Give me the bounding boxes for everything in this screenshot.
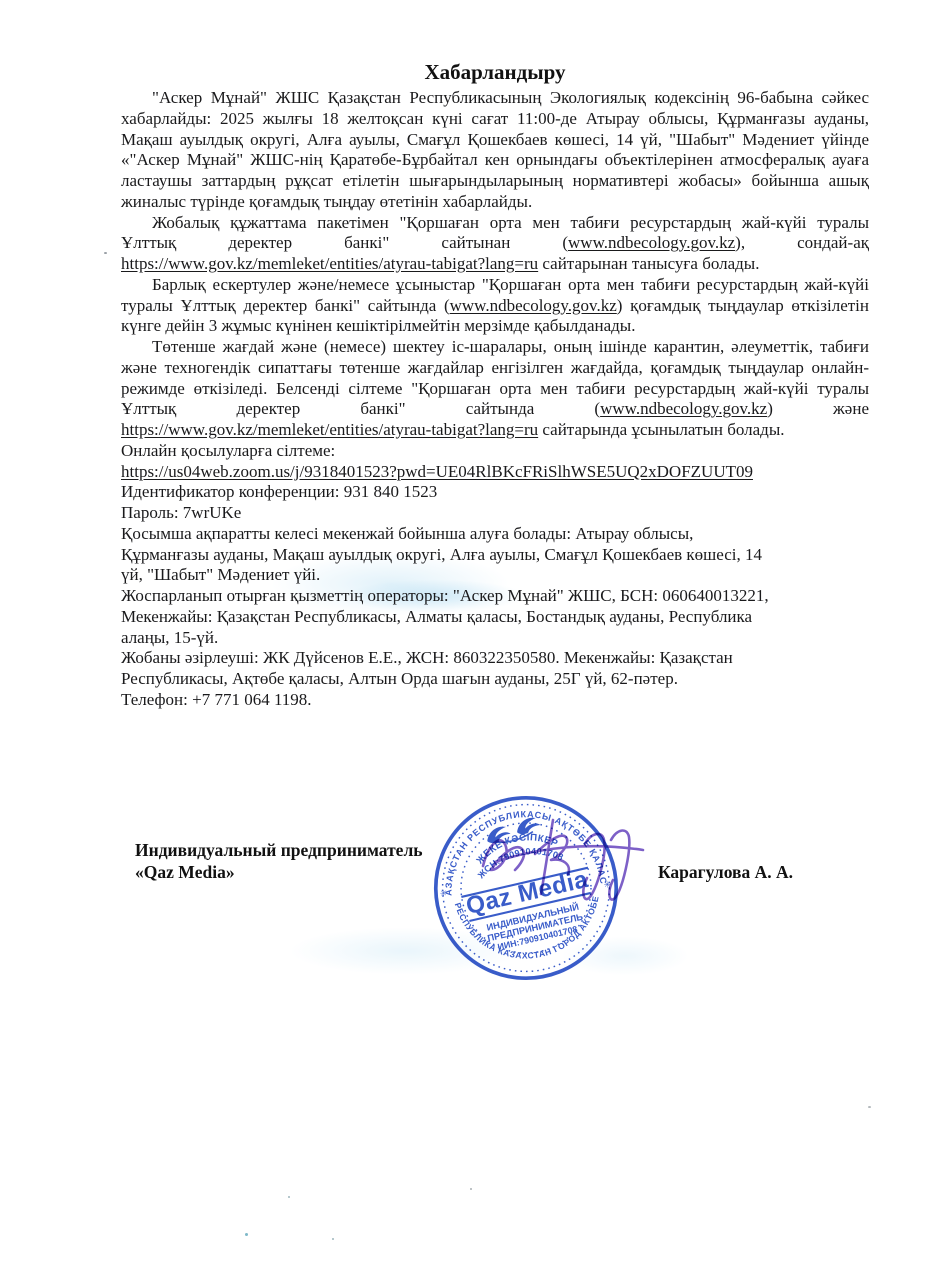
paragraph-6: https://us04web.zoom.us/j/9318401523?pwd… [121, 462, 869, 483]
url-text: www.ndbecology.gov.kz [450, 296, 617, 315]
paragraph-11: үй, "Шабыт" Мәдениет үйі. [121, 565, 869, 586]
paragraph-3: Барлық ескертулер және/немесе ұсыныстар … [121, 275, 869, 337]
text-segment: сайтарынан танысуға болады. [538, 254, 759, 273]
body-paragraphs: "Аскер Мұнай" ЖШС Қазақстан Республикасы… [121, 88, 869, 711]
text-segment: ), сондай-ақ [735, 233, 869, 252]
paragraph-13: Мекенжайы: Қазақстан Республикасы, Алмат… [121, 607, 869, 628]
signatory-title-line1: Индивидуальный предприниматель [135, 840, 423, 862]
text-segment: Қосымша ақпаратты келесі мекенжай бойынш… [121, 524, 693, 543]
signer-name: Карагулова А. А. [658, 862, 793, 884]
scan-speck [332, 1238, 334, 1240]
text-segment: Идентификатор конференции: 931 840 1523 [121, 482, 437, 501]
document-body: Хабарландыру "Аскер Мұнай" ЖШС Қазақстан… [121, 60, 869, 711]
paragraph-14: алаңы, 15-үй. [121, 628, 869, 649]
scan-speck [868, 1106, 871, 1108]
url-text: https://www.gov.kz/memleket/entities/aty… [121, 254, 538, 273]
stamp-star-icon: ✳ [440, 888, 448, 898]
text-segment: Пароль: 7wrUKe [121, 503, 241, 522]
paragraph-12: Жоспарланып отырған қызметтің операторы:… [121, 586, 869, 607]
text-segment: Телефон: +7 771 064 1198. [121, 690, 312, 709]
paragraph-9: Қосымша ақпаратты келесі мекенжай бойынш… [121, 524, 869, 545]
text-segment: Онлайн қосылуларға сілтеме: [121, 441, 335, 460]
paragraph-1: "Аскер Мұнай" ЖШС Қазақстан Республикасы… [121, 88, 869, 213]
text-segment: Республикасы, Ақтөбе қаласы, Алтын Орда … [121, 669, 678, 688]
text-segment: "Аскер Мұнай" ЖШС Қазақстан Республикасы… [121, 88, 869, 211]
url-text: www.ndbecology.gov.kz [600, 399, 767, 418]
paragraph-4: Төтенше жағдай және (немесе) шектеу іс-ш… [121, 337, 869, 441]
handwritten-signature [468, 802, 670, 920]
text-segment: Жобаны әзірлеуші: ЖК Дүйсенов Е.Е., ЖСН:… [121, 648, 733, 667]
page-title: Хабарландыру [121, 60, 869, 85]
paragraph-10: Құрманғазы ауданы, Мақаш ауылдық округі,… [121, 545, 869, 566]
text-segment: ) және [767, 399, 869, 418]
paragraph-17: Телефон: +7 771 064 1198. [121, 690, 869, 711]
scan-speck [470, 1188, 472, 1190]
text-segment: Құрманғазы ауданы, Мақаш ауылдық округі,… [121, 545, 762, 564]
signatory-title-line2: «Qaz Media» [135, 862, 423, 884]
url-text: https://www.gov.kz/memleket/entities/aty… [121, 420, 538, 439]
paragraph-15: Жобаны әзірлеуші: ЖК Дүйсенов Е.Е., ЖСН:… [121, 648, 869, 669]
text-segment: Мекенжайы: Қазақстан Республикасы, Алмат… [121, 607, 752, 626]
text-segment: алаңы, 15-үй. [121, 628, 218, 647]
text-segment: сайтарында ұсынылатын болады. [538, 420, 784, 439]
signatory-title: Индивидуальный предприниматель «Qaz Medi… [135, 840, 423, 883]
paragraph-2: Жобалық құжаттама пакетімен "Қоршаған ор… [121, 213, 869, 275]
paragraph-7: Идентификатор конференции: 931 840 1523 [121, 482, 869, 503]
scan-speck [245, 1233, 248, 1236]
paragraph-16: Республикасы, Ақтөбе қаласы, Алтын Орда … [121, 669, 869, 690]
scanned-announcement-page: Хабарландыру "Аскер Мұнай" ЖШС Қазақстан… [0, 0, 930, 1280]
url-text: www.ndbecology.gov.kz [568, 233, 735, 252]
scan-speck [288, 1196, 290, 1198]
url-text: https://us04web.zoom.us/j/9318401523?pwd… [121, 462, 753, 481]
paragraph-8: Пароль: 7wrUKe [121, 503, 869, 524]
scan-speck [104, 252, 107, 254]
paragraph-5: Онлайн қосылуларға сілтеме: [121, 441, 869, 462]
text-segment: үй, "Шабыт" Мәдениет үйі. [121, 565, 320, 584]
text-segment: Жоспарланып отырған қызметтің операторы:… [121, 586, 769, 605]
